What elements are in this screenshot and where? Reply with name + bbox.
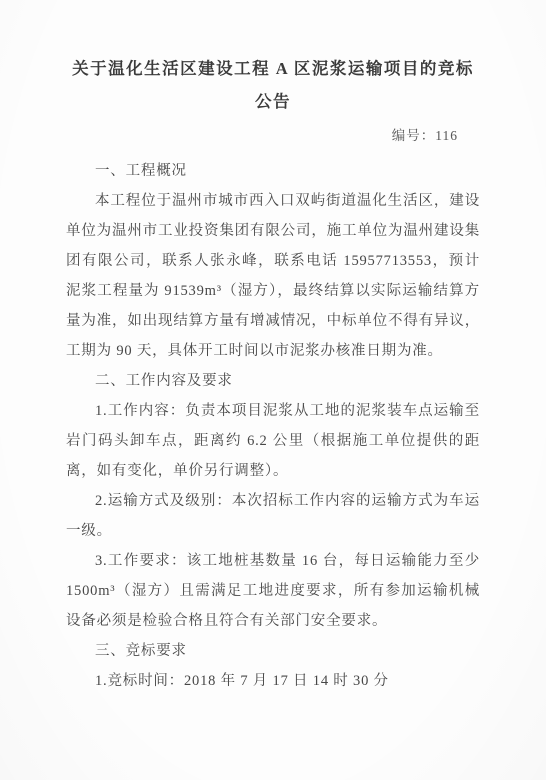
document-page: 关于温化生活区建设工程 A 区泥浆运输项目的竞标公告 编号：116 一、工程概况…: [0, 0, 546, 780]
paragraph-project-overview: 本工程位于温州市城市西入口双屿街道温化生活区，建设单位为温州市工业投资集团有限公…: [66, 186, 480, 366]
paragraph-transport-mode: 2.运输方式及级别：本次招标工作内容的运输方式为车运一级。: [66, 486, 480, 546]
document-title: 关于温化生活区建设工程 A 区泥浆运输项目的竞标公告: [66, 52, 480, 118]
paragraph-work-content: 1.工作内容：负责本项目泥浆从工地的泥浆装车点运输至岩门码头卸车点，距离约 6.…: [66, 396, 480, 486]
section-heading-project-overview: 一、工程概况: [66, 156, 480, 186]
document-body: 一、工程概况 本工程位于温州市城市西入口双屿街道温化生活区，建设单位为温州市工业…: [66, 156, 480, 696]
paragraph-work-requirements: 3.工作要求：该工地桩基数量 16 台，每日运输能力至少 1500m³（湿方）且…: [66, 546, 480, 636]
section-heading-work-content: 二、工作内容及要求: [66, 366, 480, 396]
paragraph-bidding-time: 1.竞标时间：2018 年 7 月 17 日 14 时 30 分: [66, 666, 480, 696]
document-number: 编号：116: [66, 126, 480, 146]
section-heading-bidding-requirements: 三、竞标要求: [66, 636, 480, 666]
